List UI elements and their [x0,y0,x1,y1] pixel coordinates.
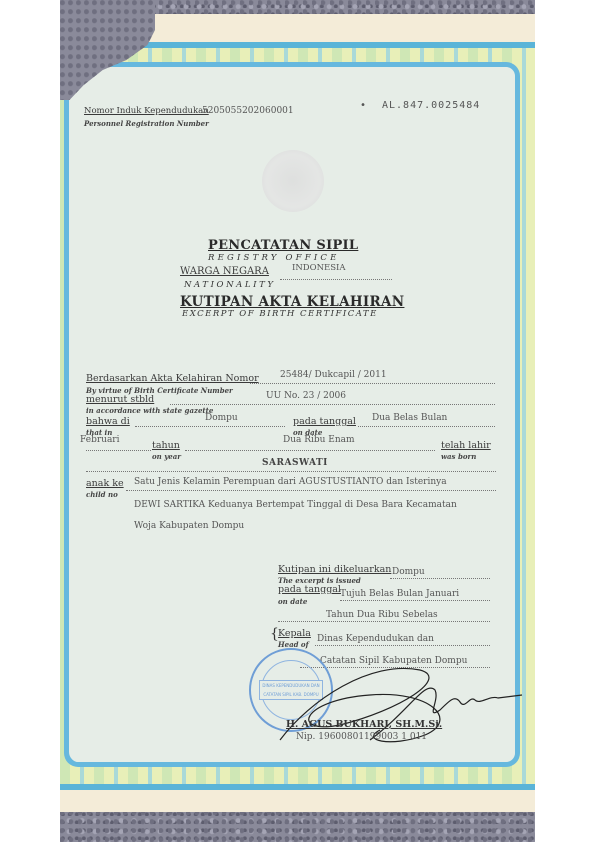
dots [278,621,490,622]
dots [315,645,490,646]
dots [300,667,490,668]
official-name: H. AGUS BUKHARI, SH.M.Si. [286,719,442,730]
child-no-label-en: child no [86,490,118,499]
born-label: telah lahir [441,440,491,451]
official-nip: Nip. 19600801199003 1 011 [296,732,427,742]
child-name: SARASWATI [262,458,328,468]
child-no-label: anak ke [86,478,124,489]
head-label: Kepala [278,628,311,639]
document-title-en: EXCERPT OF BIRTH CERTIFICATE [182,309,378,319]
issue-date-label-en: on date [278,597,307,606]
issued-place: Dompu [392,567,425,577]
stbld-label-en: in accordance with state gazette [86,406,213,415]
serial-dot: • [360,100,367,111]
cert-number-value: 25484/ Dukcapil / 2011 [280,370,387,380]
year-value: Dua Ribu Enam [283,435,355,445]
dots [135,426,285,427]
dots [340,600,490,601]
dots [390,578,490,579]
birth-date-value: Dua Belas Bulan [372,413,447,423]
child-description-line3: Woja Kabupaten Dompu [134,521,244,531]
place-value: Dompu [205,413,238,423]
document-title: KUTIPAN AKTA KELAHIRAN [180,294,404,310]
issued-label: Kutipan ini dikeluarkan [278,564,391,575]
nik-label: Nomor Induk Kependudukan [84,106,209,116]
dots [86,450,151,451]
dots [86,471,496,472]
issue-date-label: pada tanggal [278,584,341,595]
birth-month-value: Februari [80,435,120,445]
dots [185,450,435,451]
child-description-line1: Satu Jenis Kelamin Perempuan dari AGUSTU… [134,477,447,487]
dots [250,383,495,384]
nationality-label: WARGA NEGARA [180,266,269,277]
place-label: bahwa di [86,416,130,427]
issue-date-line1: Tujuh Belas Bulan Januari [340,589,459,599]
nationality-dots [280,279,392,280]
nationality-value: INDONESIA [292,263,346,273]
nationality-label-en: NATIONALITY [184,280,276,290]
nik-value: 5205055202060001 [202,106,294,116]
serial-number: AL.847.0025484 [382,100,480,111]
stbld-value: UU No. 23 / 2006 [266,391,346,401]
birth-date-label: pada tanggal [293,416,356,427]
child-description-line2: DEWI SARTIKA Keduanya Bertempat Tinggal … [134,500,457,510]
dots [126,490,496,491]
office-line1: Dinas Kependudukan dan [317,634,434,644]
year-label-en: on year [152,452,181,461]
stbld-label: menurut stbld [86,394,154,405]
year-label: tahun [152,440,180,451]
nik-label-en: Personnel Registration Number [84,119,209,128]
dots [170,404,495,405]
issue-date-line2: Tahun Dua Ribu Sebelas [326,610,438,620]
registry-title: PENCATATAN SIPIL [208,238,358,253]
registry-title-en: REGISTRY OFFICE [208,253,340,263]
office-line2: Catatan Sipil Kabupaten Dompu [320,656,467,666]
emblem-icon [262,150,324,212]
dots [358,426,495,427]
born-label-en: was born [441,452,476,461]
seal-text: DINAS KEPENDUDUKAN DAN CATATAN SIPIL KAB… [259,680,323,700]
cert-number-label: Berdasarkan Akta Kelahiran Nomor [86,373,259,384]
